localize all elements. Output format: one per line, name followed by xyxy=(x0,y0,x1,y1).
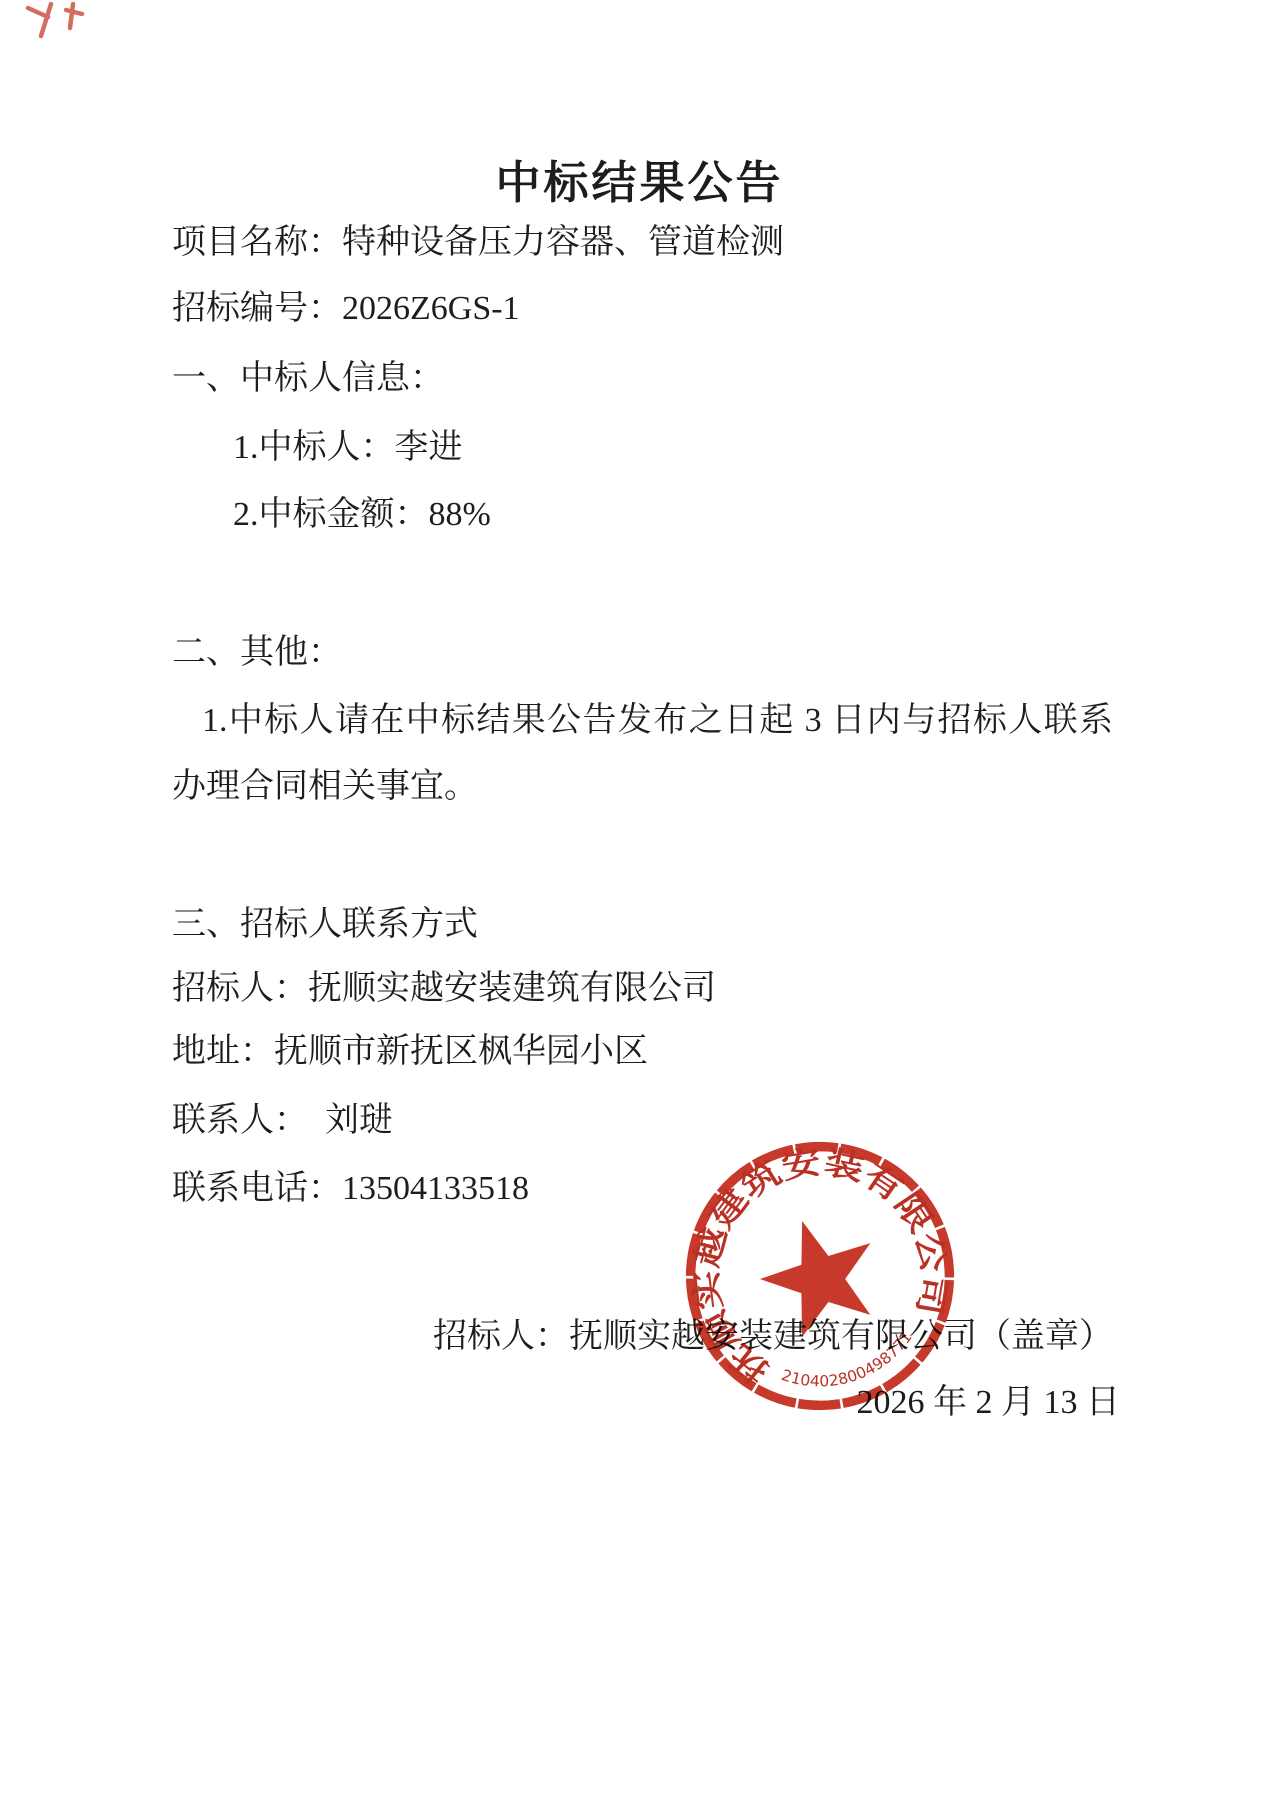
line-winner: 1.中标人：李进 xyxy=(233,427,463,470)
line-notice-2: 办理合同相关事宜。 xyxy=(172,766,478,809)
stamp-ring xyxy=(678,1134,962,1418)
document-page: 中标结果公告 项目名称：特种设备压力容器、管道检测 招标编号：2026Z6GS-… xyxy=(0,0,1279,1817)
line-notice-1: 1.中标人请在中标结果公告发布之日起 3 日内与招标人联系 xyxy=(202,700,1113,743)
line-tenderer: 招标人：抚顺实越安装建筑有限公司 xyxy=(172,968,716,1011)
line-address: 地址：抚顺市新抚区枫华园小区 xyxy=(172,1031,648,1074)
stamp-company-text: 抚顺实越建筑安装有限公司 xyxy=(678,1134,962,1400)
scan-artifact-red-mark xyxy=(20,2,92,54)
section-heading-winner-info: 一、中标人信息： xyxy=(172,358,444,401)
line-bid-number: 招标编号：2026Z6GS-1 xyxy=(172,288,520,331)
line-phone: 联系电话：13504133518 xyxy=(172,1168,529,1211)
svg-text:抚顺实越建筑安装有限公司: 抚顺实越建筑安装有限公司 xyxy=(678,1134,962,1400)
line-amount: 2.中标金额：88% xyxy=(233,494,491,537)
section-heading-contact: 三、招标人联系方式 xyxy=(172,904,478,947)
signature-date: 2026 年 2 月 13 日 xyxy=(857,1382,1121,1425)
line-contact-person: 联系人： 刘琎 xyxy=(172,1100,393,1143)
company-seal-stamp: 抚顺实越建筑安装有限公司 210402800498771 xyxy=(678,1134,962,1418)
line-project-name: 项目名称：特种设备压力容器、管道检测 xyxy=(172,222,784,265)
page-title: 中标结果公告 xyxy=(0,146,1279,211)
section-heading-other: 二、其他： xyxy=(172,632,342,675)
signature-seal-line: 招标人：抚顺实越安装建筑有限公司（盖章） xyxy=(433,1316,1113,1359)
